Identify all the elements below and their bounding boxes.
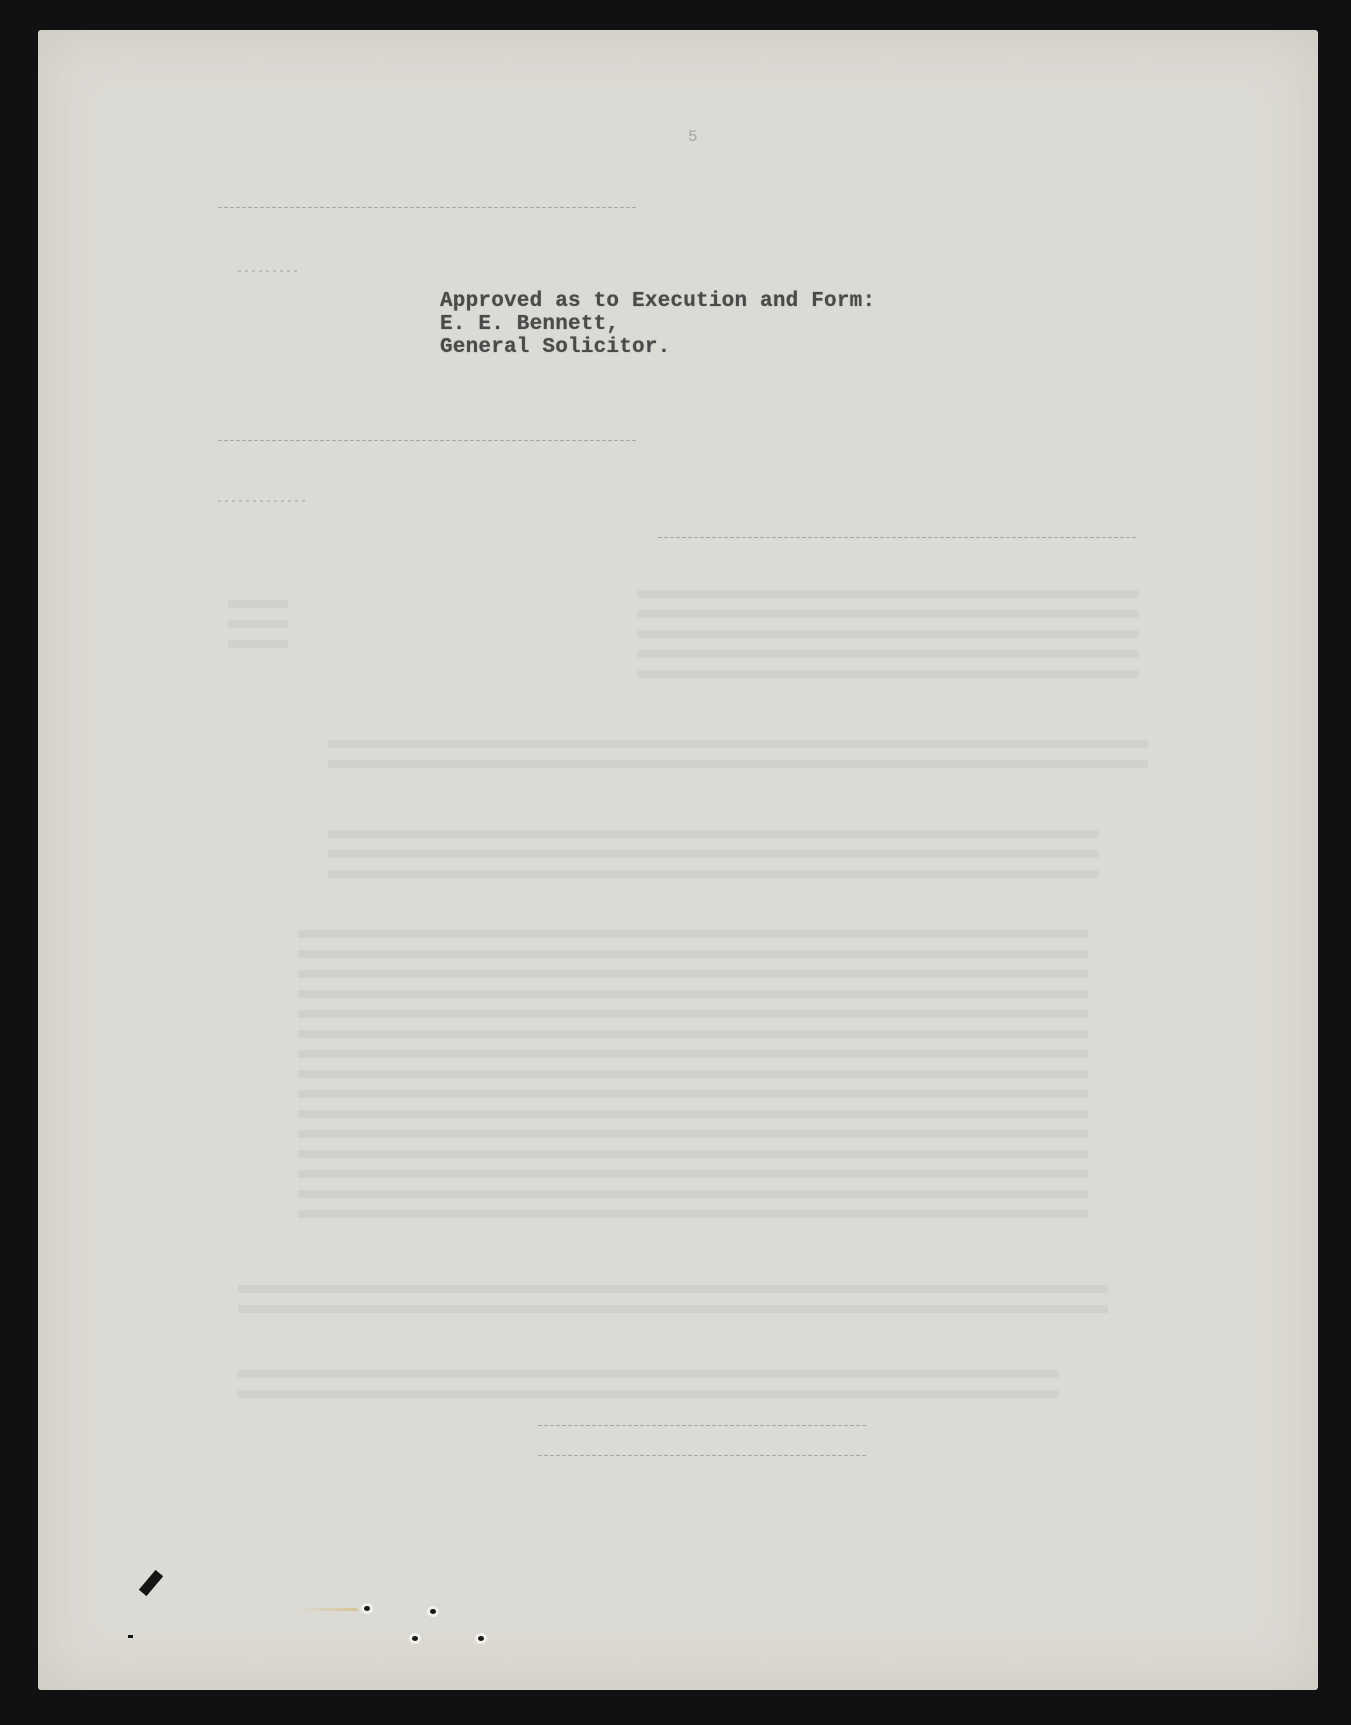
bleed-rule [218,207,638,208]
bleed-rule [658,537,1138,538]
bleed-through-block [238,1370,1058,1410]
approval-block: Approved as to Execution and Form: E. E.… [440,290,875,359]
bleed-through-block [298,930,1088,1230]
bleed-through-block [228,590,288,660]
bleed-rule [538,1455,868,1456]
approval-title: General Solicitor. [440,336,875,359]
page-marker: 5 [688,128,698,146]
stain [298,1608,358,1611]
ink-mark [139,1570,163,1596]
bleed-through-block [328,730,1148,780]
bleed-through-text [238,270,298,272]
document-page: 5 Approved as to Execution and Form: E. … [38,30,1318,1690]
ink-mark [128,1635,133,1638]
bleed-rule [218,440,638,441]
bleed-rule [538,1425,868,1426]
punch-hole [412,1636,418,1641]
bleed-through-block [238,1280,1108,1325]
approval-line-1: Approved as to Execution and Form: [440,290,875,313]
bleed-through-block [638,590,1138,690]
punch-hole [364,1606,370,1611]
punch-hole [478,1636,484,1641]
bleed-through-text [218,500,308,502]
approval-signatory: E. E. Bennett, [440,313,875,336]
punch-hole [430,1609,436,1614]
bleed-through-block [328,820,1098,890]
